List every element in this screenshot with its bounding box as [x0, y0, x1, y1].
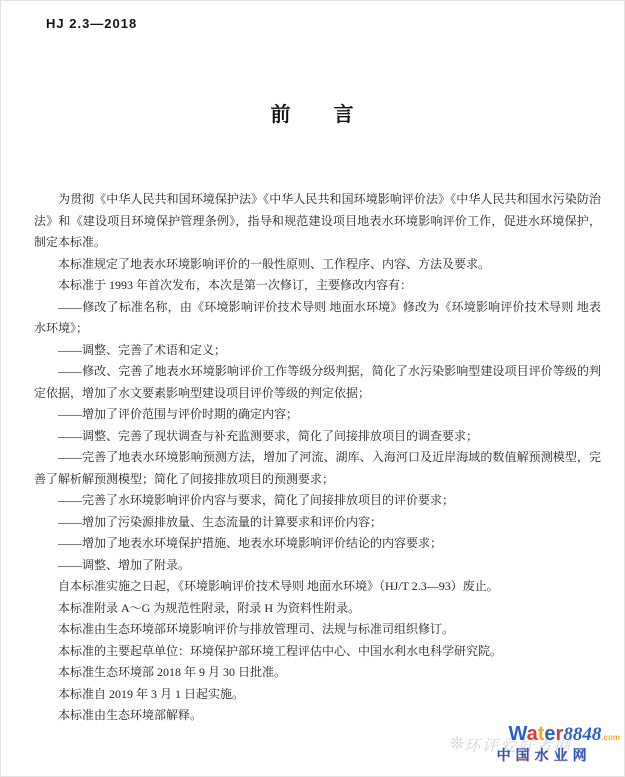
- paragraph: 自本标准实施之日起，《环境影响评价技术导则 地面水环境》（HJ/T 2.3—93…: [34, 576, 601, 598]
- paragraph: 本标准附录 A～G 为规范性附录，附录 H 为资料性附录。: [34, 598, 601, 620]
- paragraph: ——调整、完善了术语和定义；: [34, 340, 601, 362]
- paragraph: ——增加了地表水环境保护措施、地表水环境影响评价结论的内容要求；: [34, 533, 601, 555]
- site-name-cn: 中国水业网: [468, 748, 620, 766]
- water-logo-word: Water: [508, 727, 563, 744]
- water8848-logo: Water8848.com: [468, 724, 620, 748]
- document-body: 为贯彻《中华人民共和国环境保护法》《中华人民共和国环境影响评价法》《中华人民共和…: [34, 189, 601, 727]
- paragraph: 本标准规定了地表水环境影响评价的一般性原则、工作程序、内容、方法及要求。: [34, 254, 601, 276]
- paragraph: ——调整、增加了附录。: [34, 555, 601, 577]
- page-title: 前 言: [1, 98, 624, 127]
- paragraph: ——修改、完善了地表水环境影响评价工作等级分级判据，简化了水污染影响型建设项目评…: [34, 361, 601, 404]
- snowflake-icon: ❊: [450, 734, 464, 754]
- paragraph: 本标准由生态环境部环境影响评价与排放管理司、法规与标准司组织修订。: [34, 619, 601, 641]
- doc-number: HJ 2.3—2018: [46, 16, 137, 31]
- water-logo-letter: W: [508, 723, 526, 745]
- paragraph: ——调整、完善了现状调查与补充监测要求，简化了间接排放项目的调查要求；: [34, 426, 601, 448]
- water8848-watermark: ❊ 环评爱好者网 Water8848.com 中国水业网: [468, 724, 620, 770]
- document-page: HJ 2.3—2018 前 言 为贯彻《中华人民共和国环境保护法》《中华人民共和…: [0, 0, 625, 777]
- paragraph: 本标准的主要起草单位：环境保护部环境工程评估中心、中国水利水电科学研究院。: [34, 641, 601, 663]
- water-logo-letter: a: [527, 723, 538, 745]
- water-logo-domain-suffix: .com: [601, 733, 620, 742]
- paragraph: ——修改了标准名称，由《环境影响评价技术导则 地面水环境》修改为《环境影响评价技…: [34, 297, 601, 340]
- water-logo-letter: e: [544, 723, 555, 745]
- paragraph: 本标准自 2019 年 3 月 1 日起实施。: [34, 684, 601, 706]
- paragraph: 为贯彻《中华人民共和国环境保护法》《中华人民共和国环境影响评价法》《中华人民共和…: [34, 189, 601, 254]
- paragraph: ——完善了水环境影响评价内容与要求，简化了间接排放项目的评价要求；: [34, 490, 601, 512]
- water-logo-number: 8848: [563, 724, 601, 745]
- paragraph: ——增加了污染源排放量、生态流量的计算要求和评价内容；: [34, 512, 601, 534]
- paragraph: 本标准于 1993 年首次发布，本次是第一次修订，主要修改内容有：: [34, 275, 601, 297]
- paragraph: ——完善了地表水环境影响预测方法，增加了河流、湖库、入海河口及近岸海域的数值解预…: [34, 447, 601, 490]
- paragraph: ——增加了评价范围与评价时期的确定内容；: [34, 404, 601, 426]
- paragraph: 本标准生态环境部 2018 年 9 月 30 日批准。: [34, 662, 601, 684]
